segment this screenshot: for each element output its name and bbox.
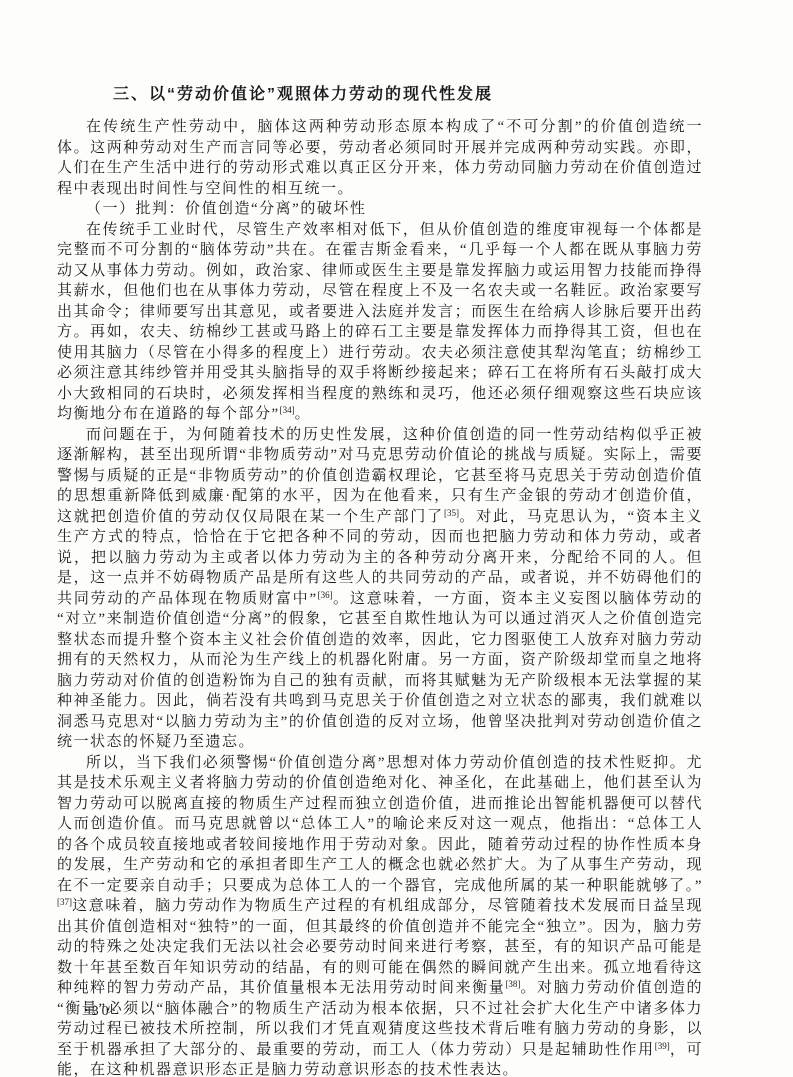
paragraph-2: 在传统手工业时代，尽管生产效率相对低下，但从价值创造的维度审视每一个体都是完整而… [57, 220, 703, 425]
citation-ref: [38] [505, 979, 520, 989]
document-body: 三、以“劳动价值论”观照体力劳动的现代性发展在传统生产性劳动中，脑体这两种劳动形… [57, 84, 703, 1077]
citation-ref: [34] [280, 405, 295, 415]
paragraph-1: 在传统生产性劳动中，脑体这两种劳动形态原本构成了“不可分割”的价值创造统一体。这… [57, 117, 703, 199]
subsection-heading: （一）批判：价值创造“分离”的破坏性 [57, 199, 703, 220]
page-number: ·30· [84, 1004, 119, 1020]
paragraph-3: 而问题在于，为何随着技术的历史性发展，这种价值创造的同一性劳动结构似乎正被逐渐解… [57, 425, 703, 753]
paragraph-4: 所以，当下我们必须警惕“价值创造分离”思想对体力劳动价值创造的技术性贬抑。尤其是… [57, 753, 703, 1077]
citation-ref: [37] [57, 897, 72, 907]
section-heading: 三、以“劳动价值论”观照体力劳动的现代性发展 [57, 84, 703, 106]
citation-ref: [36] [318, 590, 333, 600]
document-page: 三、以“劳动价值论”观照体力劳动的现代性发展在传统生产性劳动中，脑体这两种劳动形… [0, 0, 793, 1077]
citation-ref: [39] [655, 1041, 670, 1051]
citation-ref: [35] [444, 508, 459, 518]
